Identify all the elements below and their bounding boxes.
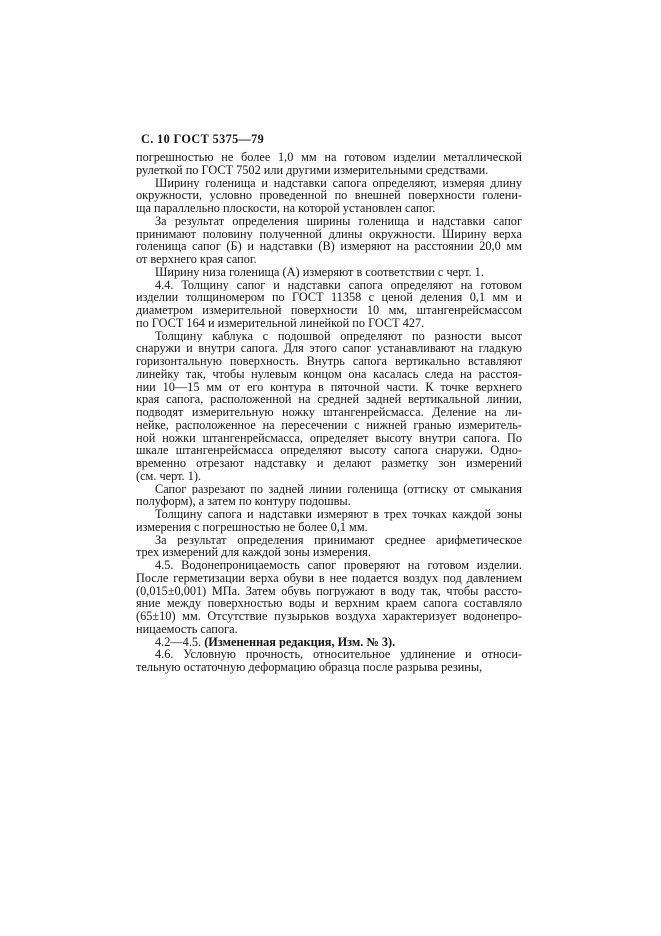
text-line: 4.6. Условную прочность, относительное у… <box>136 648 522 661</box>
text-line: За результат определения ширины голенища… <box>136 215 522 228</box>
text-line: нии 10—15 мм от его контура в пяточной ч… <box>136 381 522 394</box>
paragraph: 4.5. Водонепроницаемость сапог проверяют… <box>136 559 522 636</box>
paragraph: погрешностью не более 1,0 мм на готовом … <box>136 151 522 177</box>
paragraph: Ширину низа голенища (А) измеряют в соот… <box>136 266 522 279</box>
text-line: от верхнего края сапог. <box>136 253 522 266</box>
bold-text: (Измененная редакция, Изм. № 3). <box>204 636 395 649</box>
text-line: нейке, расположенное на пересечении с ни… <box>136 419 522 432</box>
text-line: шкале штангенрейсмасса определяют высоту… <box>136 444 522 457</box>
text-line: полуформ), а затем по контуру подошвы. <box>136 495 522 508</box>
text-line: ницаемость сапога. <box>136 623 522 636</box>
paragraph: Ширину голенища и надставки сапога опред… <box>136 177 522 215</box>
text-line: горизонтальную поверхность. Внутрь сапог… <box>136 355 522 368</box>
text-line: Толщину сапога и надставки измеряют в тр… <box>136 508 522 521</box>
text-line: После герметизации верха обуви в нее под… <box>136 572 522 585</box>
paragraph: За результат определения принимают средн… <box>136 534 522 560</box>
text-line: (0,015±0,001) МПа. Затем обувь погружают… <box>136 585 522 598</box>
text-line: яние между поверхностью воды и верхним к… <box>136 597 522 610</box>
text-line: рулеткой по ГОСТ 7502 или другими измери… <box>136 164 522 177</box>
text-line: временно отрезают надставку и делают раз… <box>136 457 522 470</box>
text-line: Сапог разрезают по задней линии голенища… <box>136 483 522 496</box>
text-line: окружности, условно проведенной по внешн… <box>136 189 522 202</box>
text-line: 4.4. Толщину сапог и надставки сапога оп… <box>136 279 522 292</box>
text-line: За результат определения принимают средн… <box>136 534 522 547</box>
page: С. 10 ГОСТ 5375—79 погрешностью не более… <box>0 0 661 936</box>
text-line: края сапога, расположенной на средней за… <box>136 393 522 406</box>
text-line: 4.5. Водонепроницаемость сапог проверяют… <box>136 559 522 572</box>
text-line: ща параллельно плоскости, на которой уст… <box>136 202 522 215</box>
text-line: (65±10) мм. Отсутствие пузырьков воздуха… <box>136 610 522 623</box>
text-line: 4.2—4.5. (Измененная редакция, Изм. № 3)… <box>136 636 522 649</box>
paragraph: 4.2—4.5. (Измененная редакция, Изм. № 3)… <box>136 636 522 649</box>
text-line: по ГОСТ 164 и измерительной линейкой по … <box>136 317 522 330</box>
text-line: тельную остаточную деформацию образца по… <box>136 661 522 674</box>
text-line: Ширину голенища и надставки сапога опред… <box>136 177 522 190</box>
regular-text: 4.2—4.5. <box>155 636 204 649</box>
text-line: голенища сапог (Б) и надставки (В) измер… <box>136 240 522 253</box>
text-line: линейку так, чтобы нулевым концом она ка… <box>136 368 522 381</box>
text-line: принимают половину полученной длины окру… <box>136 228 522 241</box>
running-header: С. 10 ГОСТ 5375—79 <box>141 132 264 147</box>
text-line: Ширину низа голенища (А) измеряют в соот… <box>136 266 522 279</box>
text-line: изделии толщиномером по ГОСТ 11358 с цен… <box>136 291 522 304</box>
paragraph: Толщину сапога и надставки измеряют в тр… <box>136 508 522 534</box>
text-line: (см. черт. 1). <box>136 470 522 483</box>
text-line: диаметром измерительной поверхности 10 м… <box>136 304 522 317</box>
paragraph: Сапог разрезают по задней линии голенища… <box>136 483 522 509</box>
text-line: Толщину каблука с подошвой определяют по… <box>136 330 522 343</box>
text-line: подводят измерительную ножку штангенрейс… <box>136 406 522 419</box>
text-line: измерения с погрешностью не более 0,1 мм… <box>136 521 522 534</box>
paragraph: За результат определения ширины голенища… <box>136 215 522 266</box>
text-line: ной ножки штангенрейсмасса, определяет в… <box>136 432 522 445</box>
text-line: снаружи и внутри сапога. Для этого сапог… <box>136 342 522 355</box>
document-body: погрешностью не более 1,0 мм на готовом … <box>136 151 522 674</box>
text-line: трех измерений для каждой зоны измерения… <box>136 546 522 559</box>
paragraph: 4.6. Условную прочность, относительное у… <box>136 648 522 674</box>
text-line: погрешностью не более 1,0 мм на готовом … <box>136 151 522 164</box>
paragraph: Толщину каблука с подошвой определяют по… <box>136 330 522 483</box>
paragraph: 4.4. Толщину сапог и надставки сапога оп… <box>136 279 522 330</box>
